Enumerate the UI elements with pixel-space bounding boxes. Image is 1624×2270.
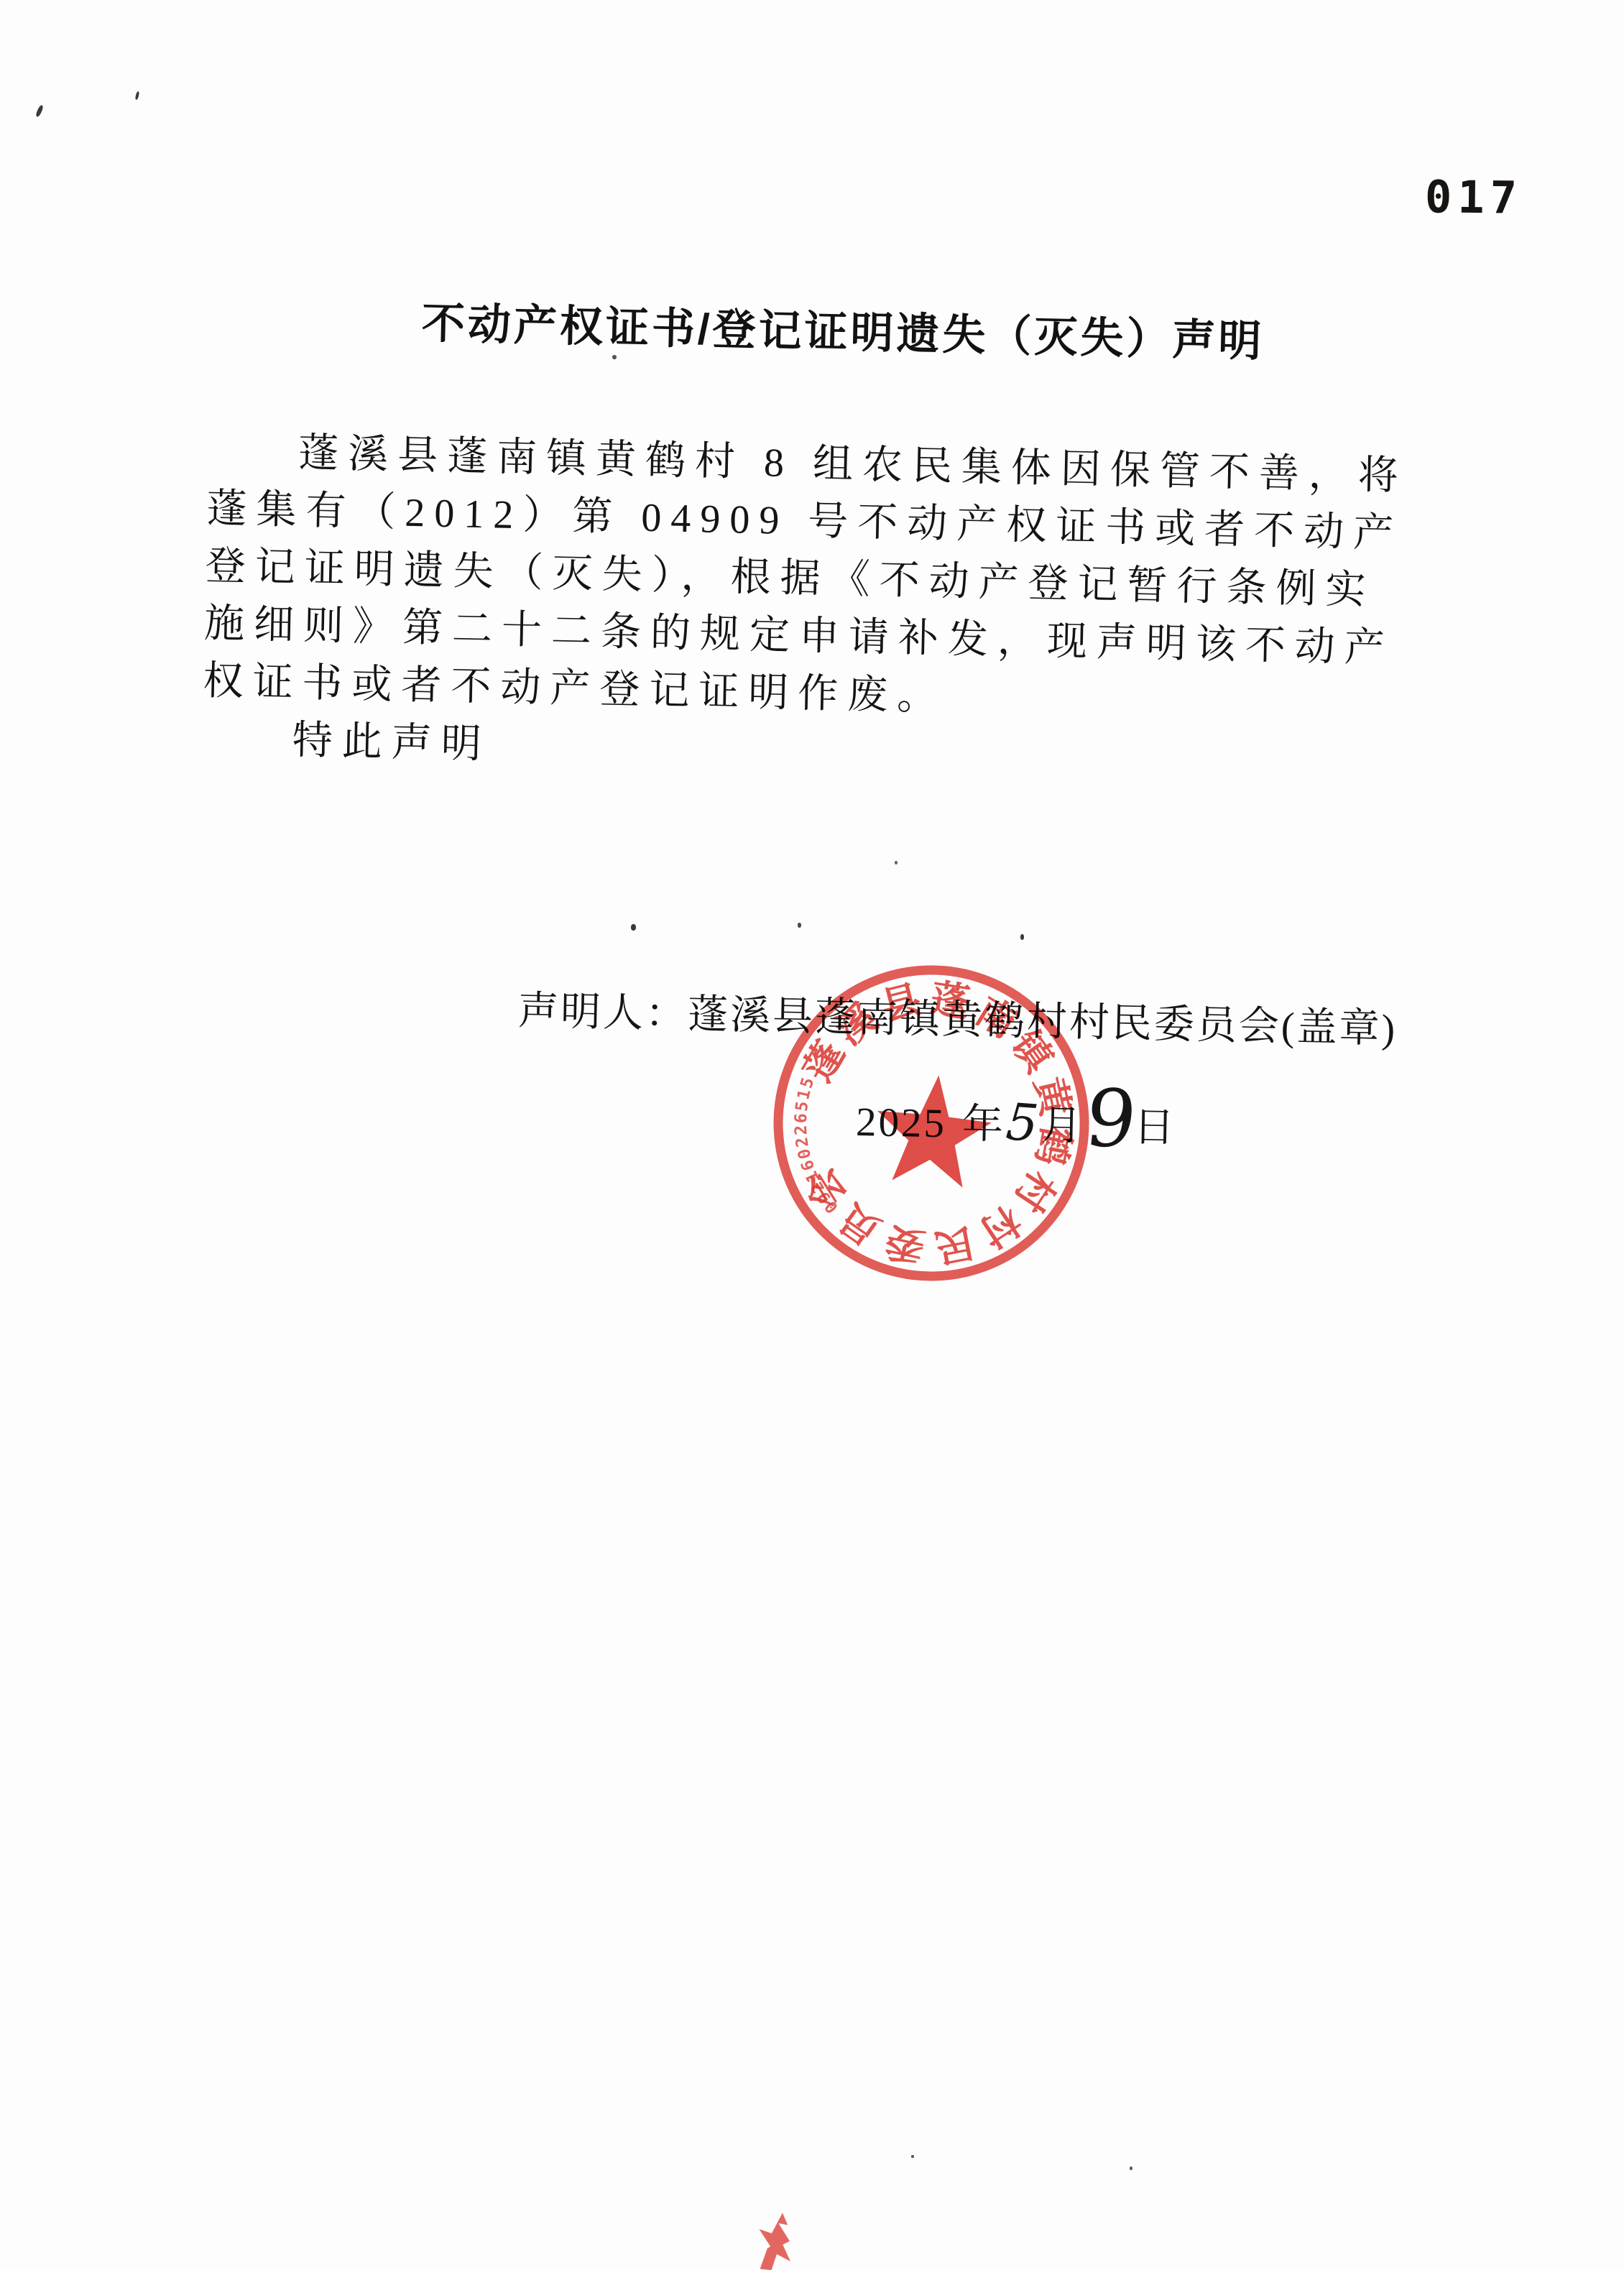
seal-code-digit: 5	[793, 1100, 813, 1112]
scanned-document-page: 017 不动产权证书/登记证明遗失（灭失）声明 蓬溪县蓬南镇黄鹤村 8 组农民集…	[0, 0, 1624, 2270]
scan-speck	[895, 861, 898, 864]
seal-ring-char: 县	[877, 978, 925, 1029]
scan-speck	[135, 91, 140, 101]
seal-code-digit: 6	[792, 1113, 811, 1124]
scan-speck	[35, 105, 44, 118]
scan-speck	[1020, 934, 1024, 940]
date-day-unit: 日	[1133, 1104, 1177, 1150]
scan-speck	[798, 923, 801, 928]
smudge-shape	[755, 2210, 795, 2270]
document-title: 不动产权证书/登记证明遗失（灭失）声明	[421, 289, 1265, 369]
scan-speck	[631, 924, 636, 931]
official-seal: 蓬溪县蓬南镇黄鹤村村民委员会092160226515	[759, 950, 1104, 1296]
seal-ring-char: 蓬	[928, 977, 973, 1025]
scan-speck	[1130, 2167, 1132, 2170]
page-number: 017	[1425, 170, 1523, 223]
scan-speck	[612, 355, 617, 359]
seal-ring-char: 黄	[1027, 1073, 1078, 1122]
seal-ring-char: 民	[931, 1219, 977, 1269]
red-ink-smudge	[729, 2205, 813, 2270]
seal-star-icon	[876, 1074, 994, 1191]
seal-ring-char: 鹤	[1028, 1122, 1078, 1168]
seal-code-digit: 2	[792, 1125, 811, 1135]
declaration-body: 蓬溪县蓬南镇黄鹤村 8 组农民集体因保管不善，将 蓬集有（2012）第 0490…	[201, 423, 1408, 793]
seal-ring-char: 委	[882, 1219, 928, 1269]
scan-speck	[911, 2155, 914, 2158]
seal-code-digit: 2	[793, 1136, 813, 1149]
